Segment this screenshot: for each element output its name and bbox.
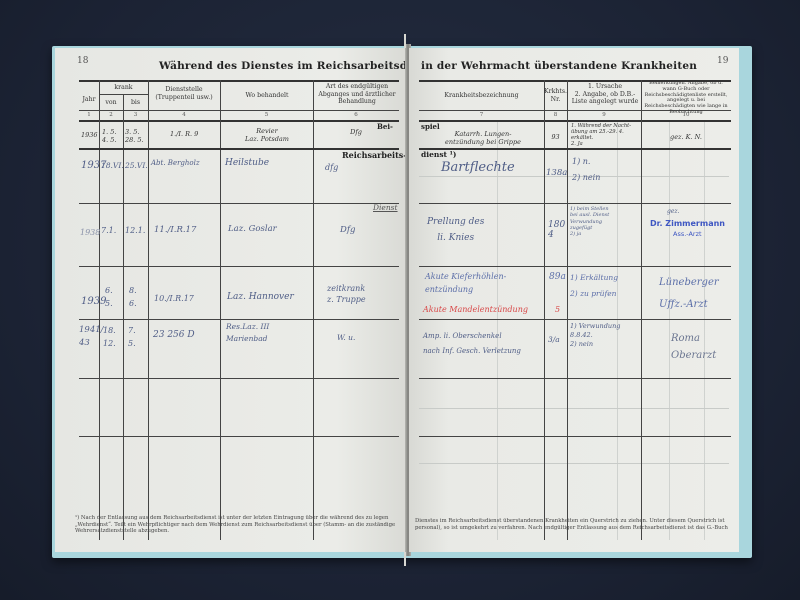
- example-krankheit: Katarrh. Lungen- entzündung bei Grippe: [423, 130, 543, 146]
- row1-ursache: 1) n. 2) nein: [572, 154, 600, 186]
- col-header-krankheit: Krankheitsbezeichnung: [419, 92, 544, 100]
- row4-dienststelle: 23 256 D: [153, 330, 195, 340]
- row-rule: [79, 266, 399, 267]
- col-header-nr: Krkhts. Nr.: [544, 88, 567, 103]
- doctor-stamp: Dr. Zimmermann: [650, 219, 725, 228]
- row3-dienststelle: 10./I.R.17: [154, 294, 194, 303]
- example-jahr: 1936: [81, 131, 98, 139]
- col-number: 3: [123, 112, 148, 118]
- left-page-title: Während des Dienstes im Reichsarbeitsdie…: [159, 60, 407, 72]
- col-header-jahr: Jahr: [79, 96, 99, 104]
- colnum-rule: [419, 120, 731, 122]
- row2-bemerkungen: gez.: [667, 208, 679, 215]
- row3-red-nr: 5: [555, 305, 560, 314]
- row2-art: Dfg: [340, 225, 355, 235]
- col-number: 10: [641, 112, 731, 118]
- section-label-reichsarbeits: Reichsarbeits-: [342, 150, 407, 160]
- row1-von: 18.VI.: [101, 161, 124, 170]
- faint-grid: [669, 120, 670, 540]
- row-rule: [419, 378, 731, 379]
- example-dienststelle: 1./I. R. 9: [170, 130, 198, 138]
- example-nr: 93: [544, 133, 567, 141]
- example-ursache: 1. Während der Nacht- übung am 25.-29. 4…: [571, 123, 631, 147]
- row2-bis: 12.1.: [125, 226, 145, 235]
- row2-nr: 180 4: [548, 220, 565, 240]
- row1-art: dfg: [325, 163, 338, 172]
- row1-nr: 138a: [546, 168, 567, 178]
- example-row-rule: [419, 148, 731, 150]
- row4-ursache: 1) Verwundung 8.8.42. 2) nein: [570, 322, 620, 349]
- row-rule: [419, 266, 731, 267]
- right-page-title: in der Wehrmacht überstandene Krankheite…: [421, 60, 697, 72]
- example-art: Dfg: [313, 128, 399, 136]
- example-bemerkungen: gez. K. N.: [641, 133, 731, 141]
- col-number: 7: [419, 112, 544, 118]
- page-number-right: 19: [717, 56, 728, 66]
- faint-grid: [419, 408, 729, 409]
- row1-bis: 25.VI.: [125, 161, 148, 170]
- col-number: 1: [79, 112, 99, 118]
- col-number: 9: [567, 112, 641, 118]
- row3-red-krankheit: Akute Mandelentzündung: [423, 305, 528, 314]
- header-bottom-rule: [79, 110, 399, 111]
- row1-krankheit: Bartflechte: [441, 160, 515, 175]
- row2-jahr: 1938: [80, 228, 100, 237]
- row4-art: W. u.: [337, 333, 355, 342]
- row4-bis: 7. 5.: [128, 324, 136, 350]
- row-rule: [79, 319, 399, 320]
- faint-grid: [419, 463, 729, 464]
- example-bis: 3. 5. 28. 5.: [125, 128, 144, 144]
- row1-dienststelle: Abt. Bergholz: [151, 159, 200, 167]
- row2-wo: Laz. Goslar: [228, 224, 277, 234]
- left-page: 18 Während des Dienstes im Reichsarbeits…: [55, 48, 407, 552]
- row3-krankheit: Akute Kiefer­höhlen- entzündung: [425, 270, 506, 296]
- row3-jahr: 1939: [81, 296, 106, 307]
- row4-nr: 3/a: [548, 335, 560, 344]
- row-rule: [79, 378, 399, 379]
- row-rule: [79, 436, 399, 437]
- row3-art: zeitkrank z. Truppe: [327, 283, 366, 305]
- col-header-bemerkungen: Bemerkungen. Angabe, ob u. wann G-Buch o…: [643, 81, 729, 116]
- col-header-von: von: [99, 99, 123, 107]
- row4-von: 18. 12.: [103, 324, 116, 350]
- col-header-art: Art des endgültigen Abganges und ärztlic…: [315, 83, 399, 106]
- krank-sub-rule: [99, 94, 148, 95]
- example-wo: Revier Laz. Potsdam: [222, 127, 312, 143]
- binding-thread-top: [404, 34, 406, 48]
- col-header-dienststelle: Dienststelle (Truppenteil usw.): [150, 86, 218, 101]
- row2-krankheit: Prellung des li. Knies: [427, 214, 484, 246]
- example-von: 1. 5. 4. 5.: [102, 128, 116, 144]
- col-number: 6: [313, 112, 399, 118]
- col-header-wo-behandelt: Wo behandelt: [222, 92, 312, 100]
- row2-dienststelle: 11./I.R.17: [154, 225, 196, 235]
- row2-von: 7.1.: [101, 226, 116, 235]
- row4-krankheit: Amp. li. Oberschenkel nach Inf. Gesch. V…: [423, 329, 521, 359]
- section-label-dienst: dienst ¹): [421, 150, 456, 159]
- col-number: 4: [148, 112, 220, 118]
- left-footnote: ¹) Nach der Entlassung aus dem Reichsarb…: [75, 515, 400, 535]
- binding-thread-bottom: [404, 552, 406, 566]
- col-header-ursache: 1. Ursache 2. Angabe, ob D.B.-Liste ange…: [569, 83, 641, 106]
- col-number: 2: [99, 112, 123, 118]
- page-number-left: 18: [77, 56, 88, 66]
- right-page: 19 in der Wehrmacht überstandene Krankhe…: [409, 48, 739, 552]
- col-header-krank: krank: [99, 84, 148, 92]
- row3-wo: Laz. Hannover: [227, 292, 294, 302]
- row3-bis: 8. 6.: [129, 284, 137, 310]
- col-number: 5: [220, 112, 313, 118]
- row2-margin-note: Dienst: [373, 203, 398, 212]
- row1-wo: Heilstube: [225, 158, 269, 168]
- row3-von: 6. 5.: [105, 284, 113, 310]
- row3-ursache: 1) Erkältung 2) zu prüfen: [570, 270, 618, 302]
- header-top-rule: [79, 80, 399, 82]
- row2-ursache: 1) beim Stellen bei ausl. Dienst Verwund…: [570, 206, 609, 237]
- row4-wo: Res.Laz. III Marienbad: [226, 321, 269, 345]
- col-number: 8: [544, 112, 567, 118]
- row3-nr: 89a: [549, 272, 566, 282]
- row4-bemerkungen: Roma Oberarzt: [671, 330, 716, 364]
- row-rule: [419, 319, 731, 320]
- right-footnote: Dienstes im Reichsarbeitsdienst überstan…: [415, 518, 733, 531]
- row-rule: [419, 436, 731, 437]
- colnum-rule: [79, 120, 399, 122]
- row4-jahr: 1941/ 43: [79, 324, 104, 350]
- row3-bemerkungen: Lüneberger Uffz.-Arzt: [659, 272, 719, 316]
- row-rule: [419, 203, 731, 204]
- doctor-stamp-title: Ass.-Arzt: [673, 230, 702, 238]
- col-header-bis: bis: [123, 99, 148, 107]
- row-rule: [79, 203, 399, 204]
